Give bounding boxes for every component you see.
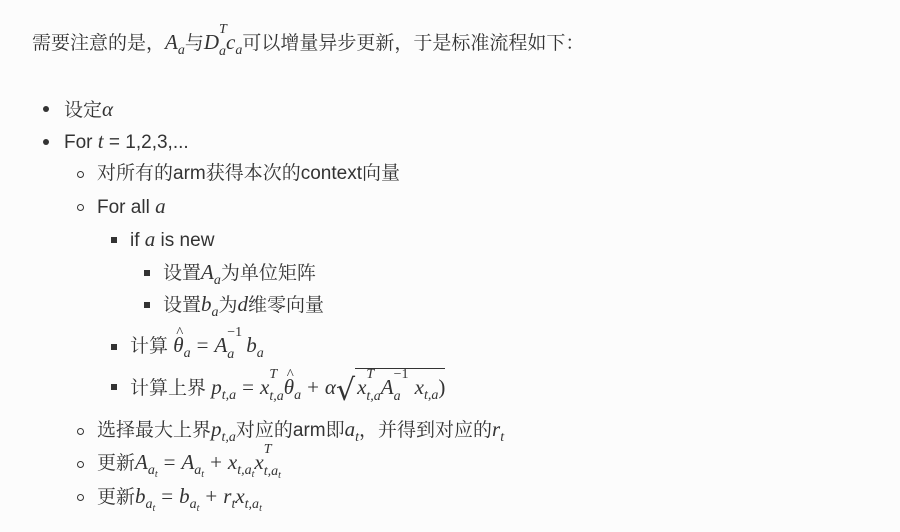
bullet-circle-icon <box>77 428 84 435</box>
bullet-circle-icon <box>77 204 84 211</box>
list-item-if-new: if a is new <box>130 223 214 257</box>
math-alpha: α <box>102 97 113 121</box>
list-item-get-context: 对所有的arm获得本次的context向量 <box>97 158 400 190</box>
list-item-compute-theta: 计算 θa=A−1aba <box>130 329 264 371</box>
bullet-disc-icon <box>43 139 49 145</box>
document-page: 需要注意的是，Aa与DTaca可以增量异步更新，于是标准流程如下： 设定α Fo… <box>0 0 900 532</box>
list-item-for-all-a: For all a <box>97 190 166 224</box>
bullet-circle-icon <box>77 171 84 178</box>
bullet-circle-icon <box>77 461 84 468</box>
bullet-disc-icon <box>43 106 49 112</box>
bullet-square-icon <box>111 344 117 350</box>
math-D: DTaca <box>204 30 243 54</box>
sqrt-expression: √xTt,aA−1axt,a) <box>336 368 445 413</box>
bullet-square-icon <box>111 237 117 243</box>
intro-and: 与 <box>185 33 204 54</box>
bullet-circle-icon <box>77 494 84 501</box>
intro-paragraph: 需要注意的是，Aa与DTaca可以增量异步更新，于是标准流程如下： <box>32 26 584 68</box>
intro-text: 需要注意的是， <box>32 33 165 54</box>
bullet-square-icon <box>144 302 150 308</box>
intro-suffix: 可以增量异步更新，于是标准流程如下： <box>242 33 584 54</box>
list-item-compute-ucb: 计算上界 pt,a=xTt,aθa+α√xTt,aA−1axt,a) <box>130 368 445 413</box>
bullet-square-icon <box>144 270 150 276</box>
list-item-for-t: For t = 1,2,3,... <box>64 125 189 159</box>
list-item-set-b-zero: 设置ba为d维零向量 <box>163 288 324 329</box>
math-A: Aa <box>165 30 185 54</box>
list-item-update-b: 更新bat=bat+rtxt,at <box>97 480 262 525</box>
list-item-set-alpha: 设定α <box>64 93 113 127</box>
bullet-square-icon <box>111 384 117 390</box>
